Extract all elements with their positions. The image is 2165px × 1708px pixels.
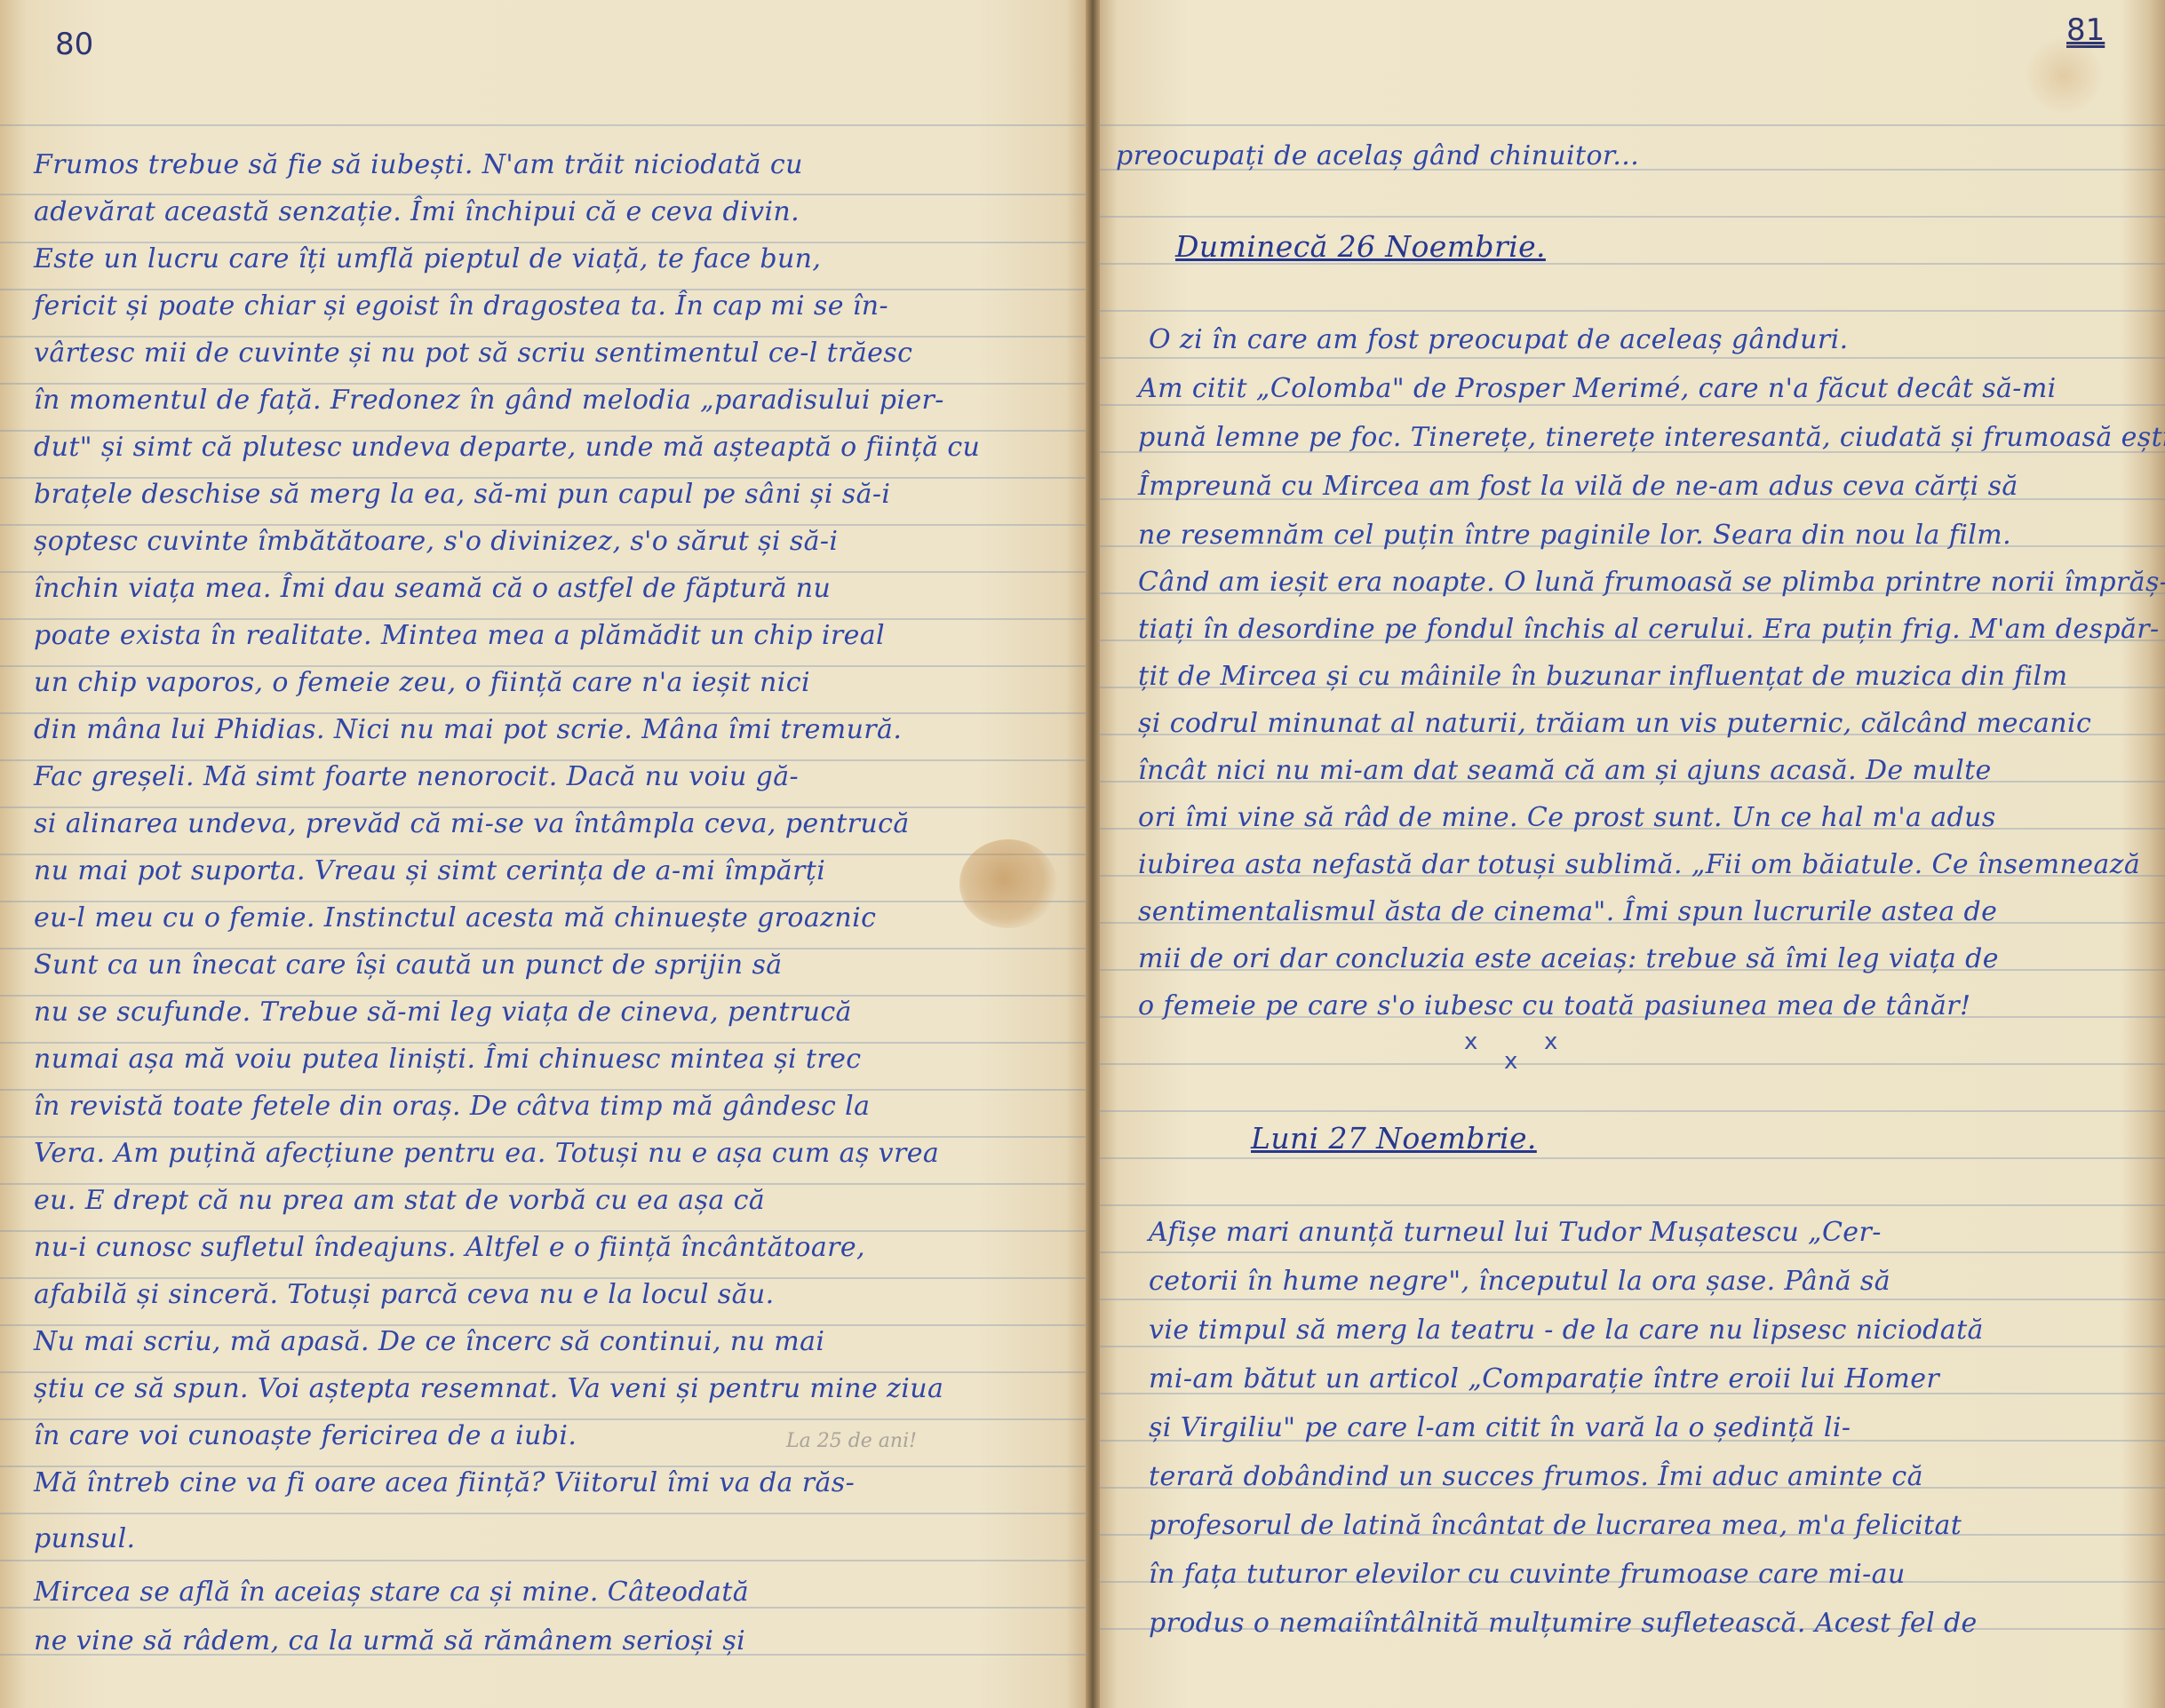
text-line: numai așa mă voiu putea liniști. Îmi chi… xyxy=(34,1044,861,1075)
separator-mark: x xyxy=(1504,1048,1517,1075)
left-page: 80 Frumos trebue să fie să iubești. N'am… xyxy=(0,0,1086,1708)
text-line: vârtesc mii de cuvinte și nu pot să scri… xyxy=(34,338,912,369)
entry-heading: Luni 27 Noembrie. xyxy=(1251,1121,1537,1156)
pencil-note: La 25 de ani! xyxy=(786,1430,917,1452)
text-line: O zi în care am fost preocupat de acelea… xyxy=(1149,324,1849,355)
text-line: nu se scufunde. Trebue să-mi leg viața d… xyxy=(34,997,852,1028)
text-line: mii de ori dar concluzia este aceiaș: tr… xyxy=(1138,943,1999,974)
text-line: Mircea se află în aceiaș stare ca și min… xyxy=(34,1577,749,1608)
entry-heading: Duminecă 26 Noembrie. xyxy=(1175,229,1546,264)
text-line: Am citit „Colomba" de Prosper Merimé, ca… xyxy=(1138,373,2057,404)
text-line: fericit și poate chiar și egoist în drag… xyxy=(34,290,888,322)
text-line: Fac greșeli. Mă simt foarte nenorocit. D… xyxy=(34,761,799,792)
text-line: Afișe mari anunță turneul lui Tudor Mușa… xyxy=(1149,1217,1882,1248)
text-line: din mâna lui Phidias. Nici nu mai pot sc… xyxy=(34,714,902,745)
text-line: o femeie pe care s'o iubesc cu toată pas… xyxy=(1138,990,1971,1021)
text-line: și codrul minunat al naturii, trăiam un … xyxy=(1138,708,2091,739)
text-line: terară dobândind un succes frumos. Îmi a… xyxy=(1149,1461,1923,1492)
text-line: în care voi cunoaște fericirea de a iubi… xyxy=(34,1420,577,1451)
text-line: Mă întreb cine va fi oare acea ființă? V… xyxy=(34,1467,855,1498)
text-line: în momentul de față. Fredonez în gând me… xyxy=(34,385,944,416)
text-line: dut" și simt că plutesc undeva departe, … xyxy=(34,432,980,463)
text-line: brațele deschise să merg la ea, să-mi pu… xyxy=(34,479,890,510)
text-line: tiați în desordine pe fondul închis al c… xyxy=(1138,614,2160,645)
text-line: încât nici nu mi-am dat seamă că am și a… xyxy=(1138,755,1992,786)
text-line: știu ce să spun. Voi aștepta resemnat. V… xyxy=(34,1373,943,1404)
text-line: în revistă toate fetele din oraș. De cât… xyxy=(34,1091,870,1122)
text-line: ne resemnăm cel puțin între paginile lor… xyxy=(1138,520,2011,551)
text-line: mi-am bătut un articol „Comparație între… xyxy=(1149,1363,1939,1394)
text-line: vie timpul să merg la teatru - de la car… xyxy=(1149,1315,1984,1346)
text-line: pună lemne pe foc. Tinerețe, tinerețe in… xyxy=(1138,422,2165,453)
text-line: Sunt ca un înecat care își caută un punc… xyxy=(34,949,783,981)
text-line: Împreună cu Mircea am fost la vilă de ne… xyxy=(1138,471,2018,502)
text-line: șoptesc cuvinte îmbătătoare, s'o diviniz… xyxy=(34,526,838,557)
text-line: un chip vaporos, o femeie zeu, o ființă … xyxy=(34,667,810,698)
text-line: nu-i cunosc sufletul îndeajuns. Altfel e… xyxy=(34,1232,865,1263)
text-line: eu. E drept că nu prea am stat de vorbă … xyxy=(34,1185,765,1216)
text-line: adevărat această senzație. Îmi închipui … xyxy=(34,196,800,227)
text-line: profesorul de latină încântat de lucrare… xyxy=(1149,1510,1962,1541)
text-line: Este un lucru care îți umflă pieptul de … xyxy=(34,243,821,274)
text-line: eu-l meu cu o femie. Instinctul acesta m… xyxy=(34,902,876,933)
coffee-stain xyxy=(959,839,1057,928)
notebook-spread: 80 Frumos trebue să fie să iubești. N'am… xyxy=(0,0,2165,1708)
separator-mark: x xyxy=(1464,1029,1477,1055)
text-line: afabilă și sinceră. Totuși parcă ceva nu… xyxy=(34,1279,775,1310)
text-line: poate exista în realitate. Mintea mea a … xyxy=(34,620,885,651)
text-line: Frumos trebue să fie să iubești. N'am tr… xyxy=(34,149,803,180)
text-line: și Virgiliu" pe care l-am citit în vară … xyxy=(1149,1412,1851,1443)
page-number-left: 80 xyxy=(55,27,93,62)
text-line: nu mai pot suporta. Vreau și simt cerinț… xyxy=(34,855,825,886)
paper-stain xyxy=(2024,36,2104,115)
text-line: produs o nemaiîntâlnită mulțumire suflet… xyxy=(1149,1608,1978,1639)
text-line: sentimentalismul ăsta de cinema". Îmi sp… xyxy=(1138,896,1997,927)
notebook-gutter xyxy=(1086,0,1100,1708)
text-line: țit de Mircea și cu mâinile în buzunar i… xyxy=(1138,661,2068,692)
text-line: cetorii în hume negre", începutul la ora… xyxy=(1149,1266,1890,1297)
continuation-line: preocupați de acelaș gând chinuitor... xyxy=(1116,140,1639,171)
text-line: Nu mai scriu, mă apasă. De ce încerc să … xyxy=(34,1326,824,1357)
text-line: Vera. Am puțină afecțiune pentru ea. Tot… xyxy=(34,1138,939,1169)
text-line: ne vine să râdem, ca la urmă să rămânem … xyxy=(34,1625,745,1656)
text-line: iubirea asta nefastă dar totuși sublimă.… xyxy=(1138,849,2140,880)
text-line: în fața tuturor elevilor cu cuvinte frum… xyxy=(1149,1559,1906,1590)
text-line: ori îmi vine să râd de mine. Ce prost su… xyxy=(1138,802,1996,833)
text-line: închin viața mea. Îmi dau seamă că o ast… xyxy=(34,573,831,604)
right-page: 81 preocupați de acelaș gând chinuitor..… xyxy=(1100,0,2165,1708)
text-line: punsul. xyxy=(34,1523,136,1554)
text-line: si alinarea undeva, prevăd că mi-se va î… xyxy=(34,808,910,839)
text-line: Când am ieșit era noapte. O lună frumoas… xyxy=(1138,567,2165,598)
separator-mark: x xyxy=(1544,1029,1557,1055)
